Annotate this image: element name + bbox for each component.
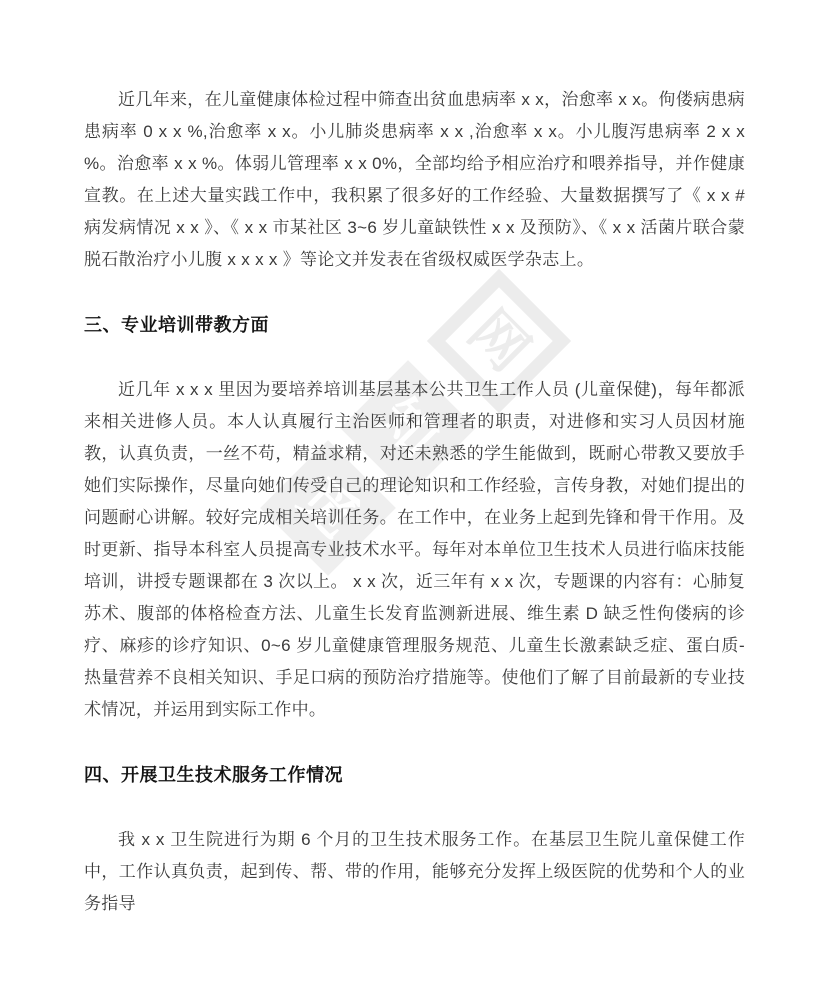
section-4-heading: 四、开展卫生技术服务工作情况 [84, 759, 745, 791]
section-3-paragraph: 近几年 x x x 里因为要培养培训基层基本公共卫生工作人员 (儿童保健)，每年… [84, 374, 745, 726]
section-3-heading: 三、专业培训带教方面 [84, 309, 745, 341]
document-page: 觅 知 网 近几年来，在儿童健康体检过程中筛查出贫血患病率 x x，治愈率 x … [0, 0, 830, 986]
document-body: 近几年来，在儿童健康体检过程中筛查出贫血患病率 x x，治愈率 x x。佝偻病患… [0, 0, 830, 920]
intro-paragraph: 近几年来，在儿童健康体检过程中筛查出贫血患病率 x x，治愈率 x x。佝偻病患… [84, 84, 745, 276]
section-4-paragraph: 我 x x 卫生院进行为期 6 个月的卫生技术服务工作。在基层卫生院儿童保健工作… [84, 824, 745, 920]
